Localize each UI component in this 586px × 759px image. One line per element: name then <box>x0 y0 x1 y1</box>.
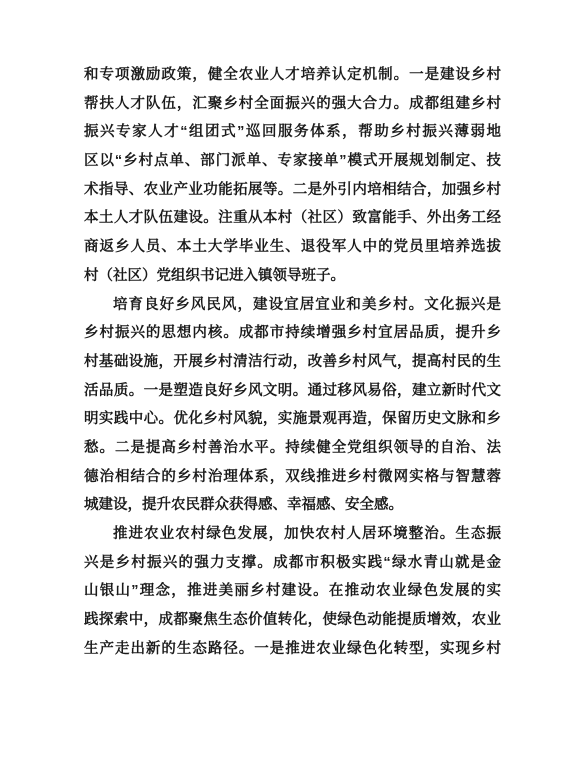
body-text: 和专项激励政策，健全农业人才培养认定机制。一是建设乡村 帮扶人才队伍，汇聚乡村全… <box>84 61 501 663</box>
text-line: 兴是乡村振兴的强力支撑。成都市积极实践“绿水青山就是金 <box>84 549 501 578</box>
text-line: 振兴专家人才“组团式”巡回服务体系，帮助乡村振兴薄弱地 <box>84 118 501 147</box>
text-line: 明实践中心。优化乡村风貌，实施景观再造，保留历史文脉和乡 <box>84 405 501 434</box>
text-line: 愁。二是提高乡村善治水平。持续健全党组织领导的自治、法治、 <box>84 434 501 463</box>
paragraph-culture: 培育良好乡风民风，建设宜居宜业和美乡村。文化振兴是 乡村振兴的思想内核。成都市持… <box>84 291 501 521</box>
text-line: 德治相结合的乡村治理体系，双线推进乡村微网实格与智慧蓉 <box>84 463 501 492</box>
paragraph-talent: 和专项激励政策，健全农业人才培养认定机制。一是建设乡村 帮扶人才队伍，汇聚乡村全… <box>84 61 501 291</box>
text-line: 践探索中，成都聚焦生态价值转化，使绿色动能提质增效，农业 <box>84 606 501 635</box>
text-line: 本土人才队伍建设。注重从本村（社区）致富能手、外出务工经 <box>84 204 501 233</box>
text-line: 和专项激励政策，健全农业人才培养认定机制。一是建设乡村 <box>84 61 501 90</box>
text-line: 推进农业农村绿色发展，加快农村人居环境整治。生态振 <box>84 520 501 549</box>
text-line: 帮扶人才队伍，汇聚乡村全面振兴的强大合力。成都组建乡村 <box>84 90 501 119</box>
text-line: 乡村振兴的思想内核。成都市持续增强乡村宜居品质，提升乡 <box>84 319 501 348</box>
text-line: 城建设，提升农民群众获得感、幸福感、安全感。 <box>84 491 501 520</box>
paragraph-ecology: 推进农业农村绿色发展，加快农村人居环境整治。生态振 兴是乡村振兴的强力支撑。成都… <box>84 520 501 663</box>
text-line: 生产走出新的生态路径。一是推进农业绿色化转型，实现乡村 <box>84 635 501 664</box>
document-page: 和专项激励政策，健全农业人才培养认定机制。一是建设乡村 帮扶人才队伍，汇聚乡村全… <box>0 0 586 759</box>
text-line: 术指导、农业产业功能拓展等。二是外引内培相结合，加强乡村 <box>84 176 501 205</box>
text-line: 区以“乡村点单、部门派单、专家接单”模式开展规划制定、技 <box>84 147 501 176</box>
text-line: 山银山”理念，推进美丽乡村建设。在推动农业绿色发展的实 <box>84 577 501 606</box>
text-line: 培育良好乡风民风，建设宜居宜业和美乡村。文化振兴是 <box>84 291 501 320</box>
text-line: 活品质。一是塑造良好乡风文明。通过移风易俗，建立新时代文 <box>84 377 501 406</box>
text-line: 村（社区）党组织书记进入镇领导班子。 <box>84 262 501 291</box>
text-line: 商返乡人员、本土大学毕业生、退役军人中的党员里培养选拔 <box>84 233 501 262</box>
text-line: 村基础设施，开展乡村清洁行动，改善乡村风气，提高村民的生 <box>84 348 501 377</box>
